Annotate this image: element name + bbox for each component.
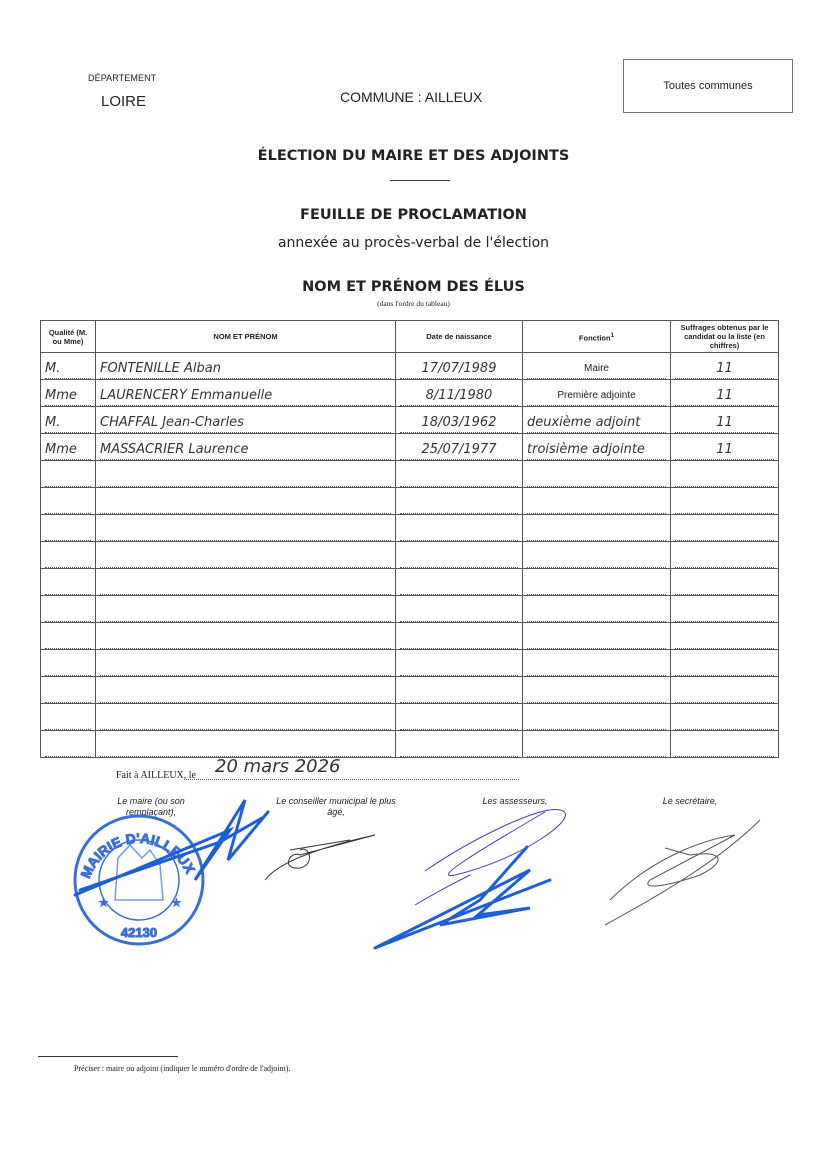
footnote-divider [38, 1056, 178, 1057]
footnote: Préciser : maire ou adjoint (indiquer le… [74, 1064, 290, 1073]
town-hall-stamp: MAIRIE D'AILLEUX 42130 ★★ [75, 816, 203, 944]
svg-text:★: ★ [172, 898, 181, 909]
secretary-signature [605, 820, 760, 925]
councillor-signature [265, 835, 375, 880]
svg-text:42130: 42130 [121, 925, 157, 940]
signatures-layer: MAIRIE D'AILLEUX 42130 ★★ [0, 0, 827, 1169]
svg-text:★: ★ [99, 898, 108, 909]
